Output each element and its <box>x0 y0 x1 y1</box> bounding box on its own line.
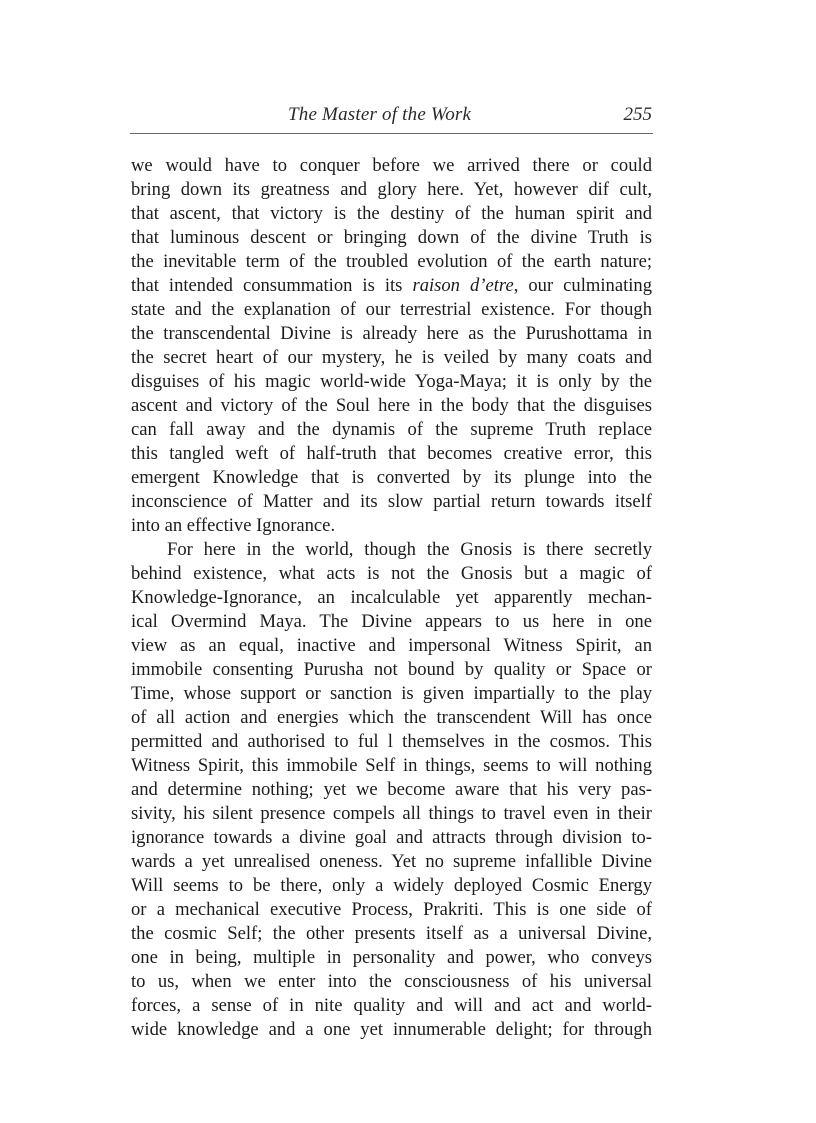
page-number: 255 <box>624 104 653 126</box>
text-line: or a mechanical executive Process, Prakr… <box>131 898 652 922</box>
book-page: The Master of the Work 255 we would have… <box>0 0 816 1123</box>
text-line: immobile consenting Purusha not bound by… <box>131 658 652 682</box>
text-line: Time, whose support or sanction is given… <box>131 682 652 706</box>
text-line: inconscience of Matter and its slow part… <box>131 490 652 514</box>
chapter-title: The Master of the Work <box>288 104 471 126</box>
text-line: emergent Knowledge that is converted by … <box>131 466 652 490</box>
text-line: that luminous descent or bringing down o… <box>131 226 652 250</box>
text-line: For here in the world, though the Gnosis… <box>131 538 652 562</box>
text-line: ical Overmind Maya. The Divine appears t… <box>131 610 652 634</box>
text-line: wards a yet unrealised oneness. Yet no s… <box>131 850 652 874</box>
text-line: of all action and energies which the tra… <box>131 706 652 730</box>
text-line: can fall away and the dynamis of the sup… <box>131 418 652 442</box>
text-line: the inevitable term of the troubled evol… <box>131 250 652 274</box>
text-line: ignorance towards a divine goal and attr… <box>131 826 652 850</box>
text-line: view as an equal, inactive and impersona… <box>131 634 652 658</box>
text-line: Will seems to be there, only a widely de… <box>131 874 652 898</box>
running-head: The Master of the Work 255 <box>131 104 652 128</box>
text-line: behind existence, what acts is not the G… <box>131 562 652 586</box>
text-line: ascent and victory of the Soul here in t… <box>131 394 652 418</box>
text-line: Witness Spirit, this immobile Self in th… <box>131 754 652 778</box>
text-line: and determine nothing; yet we become awa… <box>131 778 652 802</box>
text-line: wide knowledge and a one yet innumerable… <box>131 1018 652 1042</box>
header-rule <box>130 133 653 134</box>
text-line: forces, a sense of in nite quality and w… <box>131 994 652 1018</box>
text-line: to us, when we enter into the consciousn… <box>131 970 652 994</box>
text-line: the secret heart of our mystery, he is v… <box>131 346 652 370</box>
body-text: we would have to conquer before we arriv… <box>131 154 652 1042</box>
text-line: we would have to conquer before we arriv… <box>131 154 652 178</box>
text-line: the cosmic Self; the other presents itse… <box>131 922 652 946</box>
text-line: into an effective Ignorance. <box>131 514 652 538</box>
text-line: permitted and authorised to ful l themse… <box>131 730 652 754</box>
text-line: state and the explanation of our terrest… <box>131 298 652 322</box>
text-line: bring down its greatness and glory here.… <box>131 178 652 202</box>
text-line: sivity, his silent presence compels all … <box>131 802 652 826</box>
text-line: Knowledge-Ignorance, an incalculable yet… <box>131 586 652 610</box>
text-line: disguises of his magic world-wide Yoga-M… <box>131 370 652 394</box>
text-line: that ascent, that victory is the destiny… <box>131 202 652 226</box>
text-line: the transcendental Divine is already her… <box>131 322 652 346</box>
text-line: that intended consummation is its raison… <box>131 274 652 298</box>
text-line: one in being, multiple in personality an… <box>131 946 652 970</box>
text-line: this tangled weft of half-truth that bec… <box>131 442 652 466</box>
